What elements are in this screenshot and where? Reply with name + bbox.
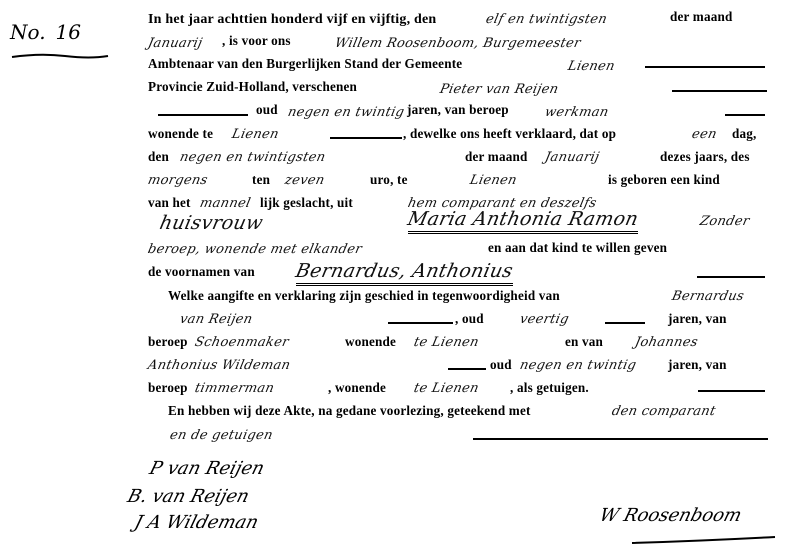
number-value: 16 [56,20,81,44]
witness2-occupation-handwritten: timmerman [195,379,274,397]
flourish-decoration [10,53,110,59]
declarant-name-handwritten: Pieter van Reijen [440,80,558,98]
printed-text: En hebben wij deze Akte, na gedane voorl… [168,404,531,420]
witness1-firstname-handwritten: Bernardus [672,287,744,305]
fill-line [448,368,486,370]
printed-text: uro, te [370,173,408,189]
month-handwritten: Januarij [148,34,202,52]
printed-text: den [148,150,169,166]
printed-text: en aan dat kind te willen geven [488,241,667,257]
printed-text: oud [490,358,512,374]
printed-text: , oud [455,312,484,328]
sex-handwritten: mannel [200,194,250,212]
time-of-day-handwritten: morgens [148,171,208,189]
printed-text: dag, [732,127,757,143]
flourish-decoration [630,535,780,545]
printed-text: is geboren een kind [608,173,720,189]
printed-text: jaren, van [668,358,727,374]
declarant-occupation-handwritten: werkman [545,103,608,121]
printed-text: beroep [148,381,188,397]
printed-text: , dewelke ons heeft verklaard, dat op [403,127,616,143]
printed-text: ten [252,173,270,189]
signature-declarant: P van Reijen [150,458,264,479]
signature-witness-2: J A Wildeman [135,512,258,533]
birth-place-handwritten: Lienen [470,171,517,189]
fill-line [473,438,768,440]
hour-handwritten: zeven [285,171,324,189]
printed-text: Ambtenaar van den Burgerlijken Stand der… [148,57,462,73]
printed-text: , wonende [328,381,386,397]
witness1-surname-handwritten: van Reijen [180,310,252,328]
witness1-age-handwritten: veertig [520,310,569,328]
certificate-number: No. 16 [10,20,81,44]
witness1-occupation-handwritten: Schoenmaker [195,333,289,351]
printed-text: beroep [148,335,188,351]
signature-witness-1: B. van Reijen [128,486,249,507]
printed-text: wonende te [148,127,213,143]
child-name-handwritten: Bernardus, Anthonius [296,260,513,286]
fill-line [697,276,765,278]
fill-line [672,90,767,92]
official-name-handwritten: Willem Roosenboom, Burgemeester [335,34,580,52]
day-number-handwritten: een [692,125,717,143]
printed-text: jaren, van beroep [407,103,509,119]
municipality-handwritten: Lienen [568,57,615,75]
printed-text: lijk geslacht, uit [260,196,353,212]
birth-day-handwritten: negen en twintigsten [180,148,325,166]
printed-text: der maand [465,150,528,166]
printed-text: jaren, van [668,312,727,328]
number-flourish [10,46,110,50]
printed-text: , is voor ons [222,34,291,50]
printed-text: dezes jaars, des [660,150,750,166]
mother-name-handwritten: Maria Anthonia Ramon [408,208,638,234]
fill-line [158,114,248,116]
residence-handwritten: Lienen [232,125,279,143]
declarant-age-handwritten: negen en twintig [288,103,404,121]
printed-text: oud [256,103,278,119]
printed-text: Welke aangifte en verklaring zijn geschi… [168,289,560,305]
fill-line [645,66,765,68]
spouse-label-handwritten: huisvrouw [160,212,263,234]
fill-line [388,322,453,324]
printed-text: van het [148,196,191,212]
printed-text: In het jaar achttien honderd vijf en vij… [148,12,436,27]
witness2-surname-handwritten: Anthonius Wildeman [148,356,290,374]
printed-text: , als getuigen. [510,381,589,397]
day-handwritten: elf en twintigsten [486,10,607,28]
number-label: No. [10,20,46,44]
printed-text: de voornamen van [148,265,255,281]
witness2-firstname-handwritten: Johannes [635,333,698,351]
printed-text: en van [565,335,603,351]
signed-with-handwritten: den comparant [612,402,716,420]
signed-with-continuation-handwritten: en de getuigen [170,426,273,444]
witness2-age-handwritten: negen en twintig [520,356,636,374]
birth-month-handwritten: Januarij [545,148,599,166]
fill-line [698,390,765,392]
residence-note-handwritten: beroep, wonende met elkander [148,240,362,258]
line-1: In het jaar achttien honderd vijf en vij… [148,10,436,28]
signature-flourish [630,532,780,550]
mother-occupation-handwritten: Zonder [700,212,749,230]
printed-text: wonende [345,335,396,351]
printed-text: der maand [670,10,733,26]
witness2-residence-handwritten: te Lienen [414,379,479,397]
fill-line [330,137,402,139]
fill-line [605,322,645,324]
fill-line [725,114,765,116]
witness1-residence-handwritten: te Lienen [414,333,479,351]
signature-official: W Roosenboom [600,505,741,526]
printed-text: Provincie Zuid-Holland, verschenen [148,80,357,96]
